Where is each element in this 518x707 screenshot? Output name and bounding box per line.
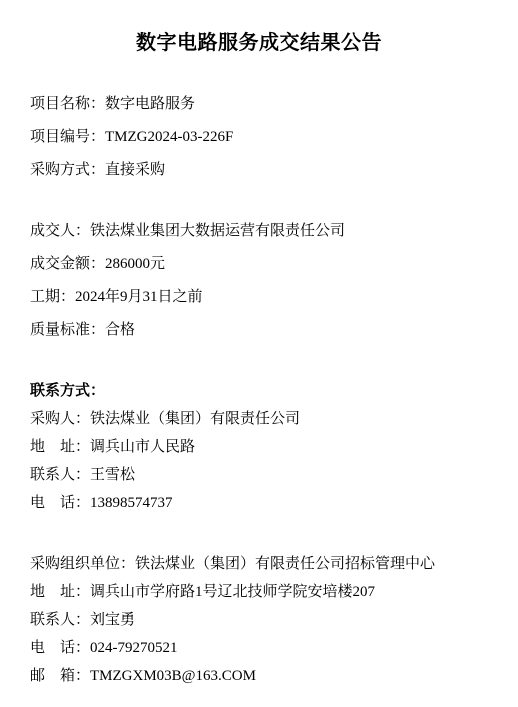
quality-standard-line: 质量标准：合格 xyxy=(30,322,500,338)
document-body: 项目名称：数字电路服务 项目编号：TMZG2024-03-226F 采购方式：直… xyxy=(0,96,518,684)
organizer-line: 采购组织单位：铁法煤业（集团）有限责任公司招标管理中心 xyxy=(30,556,500,572)
document-title: 数字电路服务成交结果公告 xyxy=(0,0,518,53)
project-number-line: 项目编号：TMZG2024-03-226F xyxy=(30,129,500,145)
award-amount-line: 成交金额：286000元 xyxy=(30,256,500,272)
organizer-contact-section: 采购组织单位：铁法煤业（集团）有限责任公司招标管理中心 地 址：调兵山市学府路1… xyxy=(30,556,500,684)
project-name-line: 项目名称：数字电路服务 xyxy=(30,96,500,112)
organizer-contact-person-line: 联系人：刘宝勇 xyxy=(30,612,500,628)
purchaser-contact-section: 联系方式： 采购人：铁法煤业（集团）有限责任公司 地 址：调兵山市人民路 联系人… xyxy=(30,383,500,511)
project-info-section: 项目名称：数字电路服务 项目编号：TMZG2024-03-226F 采购方式：直… xyxy=(30,96,500,178)
award-result-section: 成交人：铁法煤业集团大数据运营有限责任公司 成交金额：286000元 工期：20… xyxy=(30,223,500,338)
purchaser-line: 采购人：铁法煤业（集团）有限责任公司 xyxy=(30,411,500,427)
organizer-phone-line: 电 话：024-79270521 xyxy=(30,640,500,656)
purchaser-address-line: 地 址：调兵山市人民路 xyxy=(30,439,500,455)
project-duration-line: 工期：2024年9月31日之前 xyxy=(30,289,500,305)
organizer-email-line: 邮 箱：TMZGXM03B@163.COM xyxy=(30,668,500,684)
announcement-document: 数字电路服务成交结果公告 项目名称：数字电路服务 项目编号：TMZG2024-0… xyxy=(0,0,518,707)
winner-line: 成交人：铁法煤业集团大数据运营有限责任公司 xyxy=(30,223,500,239)
purchaser-phone-line: 电 话：13898574737 xyxy=(30,495,500,511)
organizer-address-line: 地 址：调兵山市学府路1号辽北技师学院安培楼207 xyxy=(30,584,500,600)
contact-info-heading: 联系方式： xyxy=(30,383,500,399)
purchaser-contact-person-line: 联系人：王雪松 xyxy=(30,467,500,483)
procurement-method-line: 采购方式：直接采购 xyxy=(30,162,500,178)
